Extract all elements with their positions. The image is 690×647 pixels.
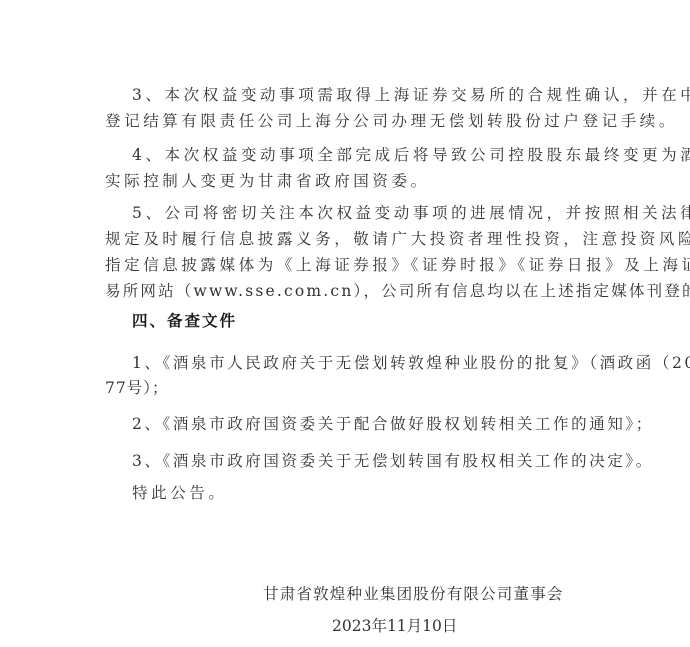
signature-board-of-directors: 甘肃省敦煌种业集团股份有限公司董事会 [263,584,564,604]
announcement-date: 2023年11月10日 [332,616,457,636]
document-page: 3、本次权益变动事项需取得上海证券交易所的合规性确认，并在中国证券 登记结算有限… [0,0,690,647]
paragraph-item-3-line-2: 登记结算有限责任公司上海分公司办理无偿划转股份过户登记手续。 [105,111,585,131]
paragraph-item-5-line-1: 5、公司将密切关注本次权益变动事项的进展情况，并按照相关法律法规的 [132,203,587,223]
paragraph-item-4-line-2: 实际控制人变更为甘肃省政府国资委。 [105,171,585,191]
paragraph-item-3-line-1: 3、本次权益变动事项需取得上海证券交易所的合规性确认，并在中国证券 [132,85,587,105]
section-heading-reference-files: 四、备查文件 [132,311,587,331]
reference-file-2: 2、《酒泉市政府国资委关于配合做好股权划转相关工作的通知》； [132,414,587,434]
reference-file-1-line-1: 1、《酒泉市人民政府关于无偿划转敦煌种业股份的批复》（酒政函（2023） [132,353,587,373]
paragraph-item-5-line-3: 指定信息披露媒体为《上海证券报》《证券时报》《证券日报》及上海证券交 [105,255,585,275]
paragraph-item-5-line-4: 易所网站（www.sse.com.cn），公司所有信息均以在上述指定媒体刊登的为… [105,281,585,301]
reference-file-1-line-2: 77号）； [105,378,585,398]
closing-statement: 特此公告。 [132,483,587,503]
reference-file-3: 3、《酒泉市政府国资委关于无偿划转国有股权相关工作的决定》。 [132,451,587,471]
paragraph-item-4-line-1: 4、本次权益变动事项全部完成后将导致公司控股股东最终变更为酒钢集团， [132,145,587,165]
paragraph-item-5-line-2: 规定及时履行信息披露义务，敬请广大投资者理性投资，注意投资风险。公司 [105,229,585,249]
